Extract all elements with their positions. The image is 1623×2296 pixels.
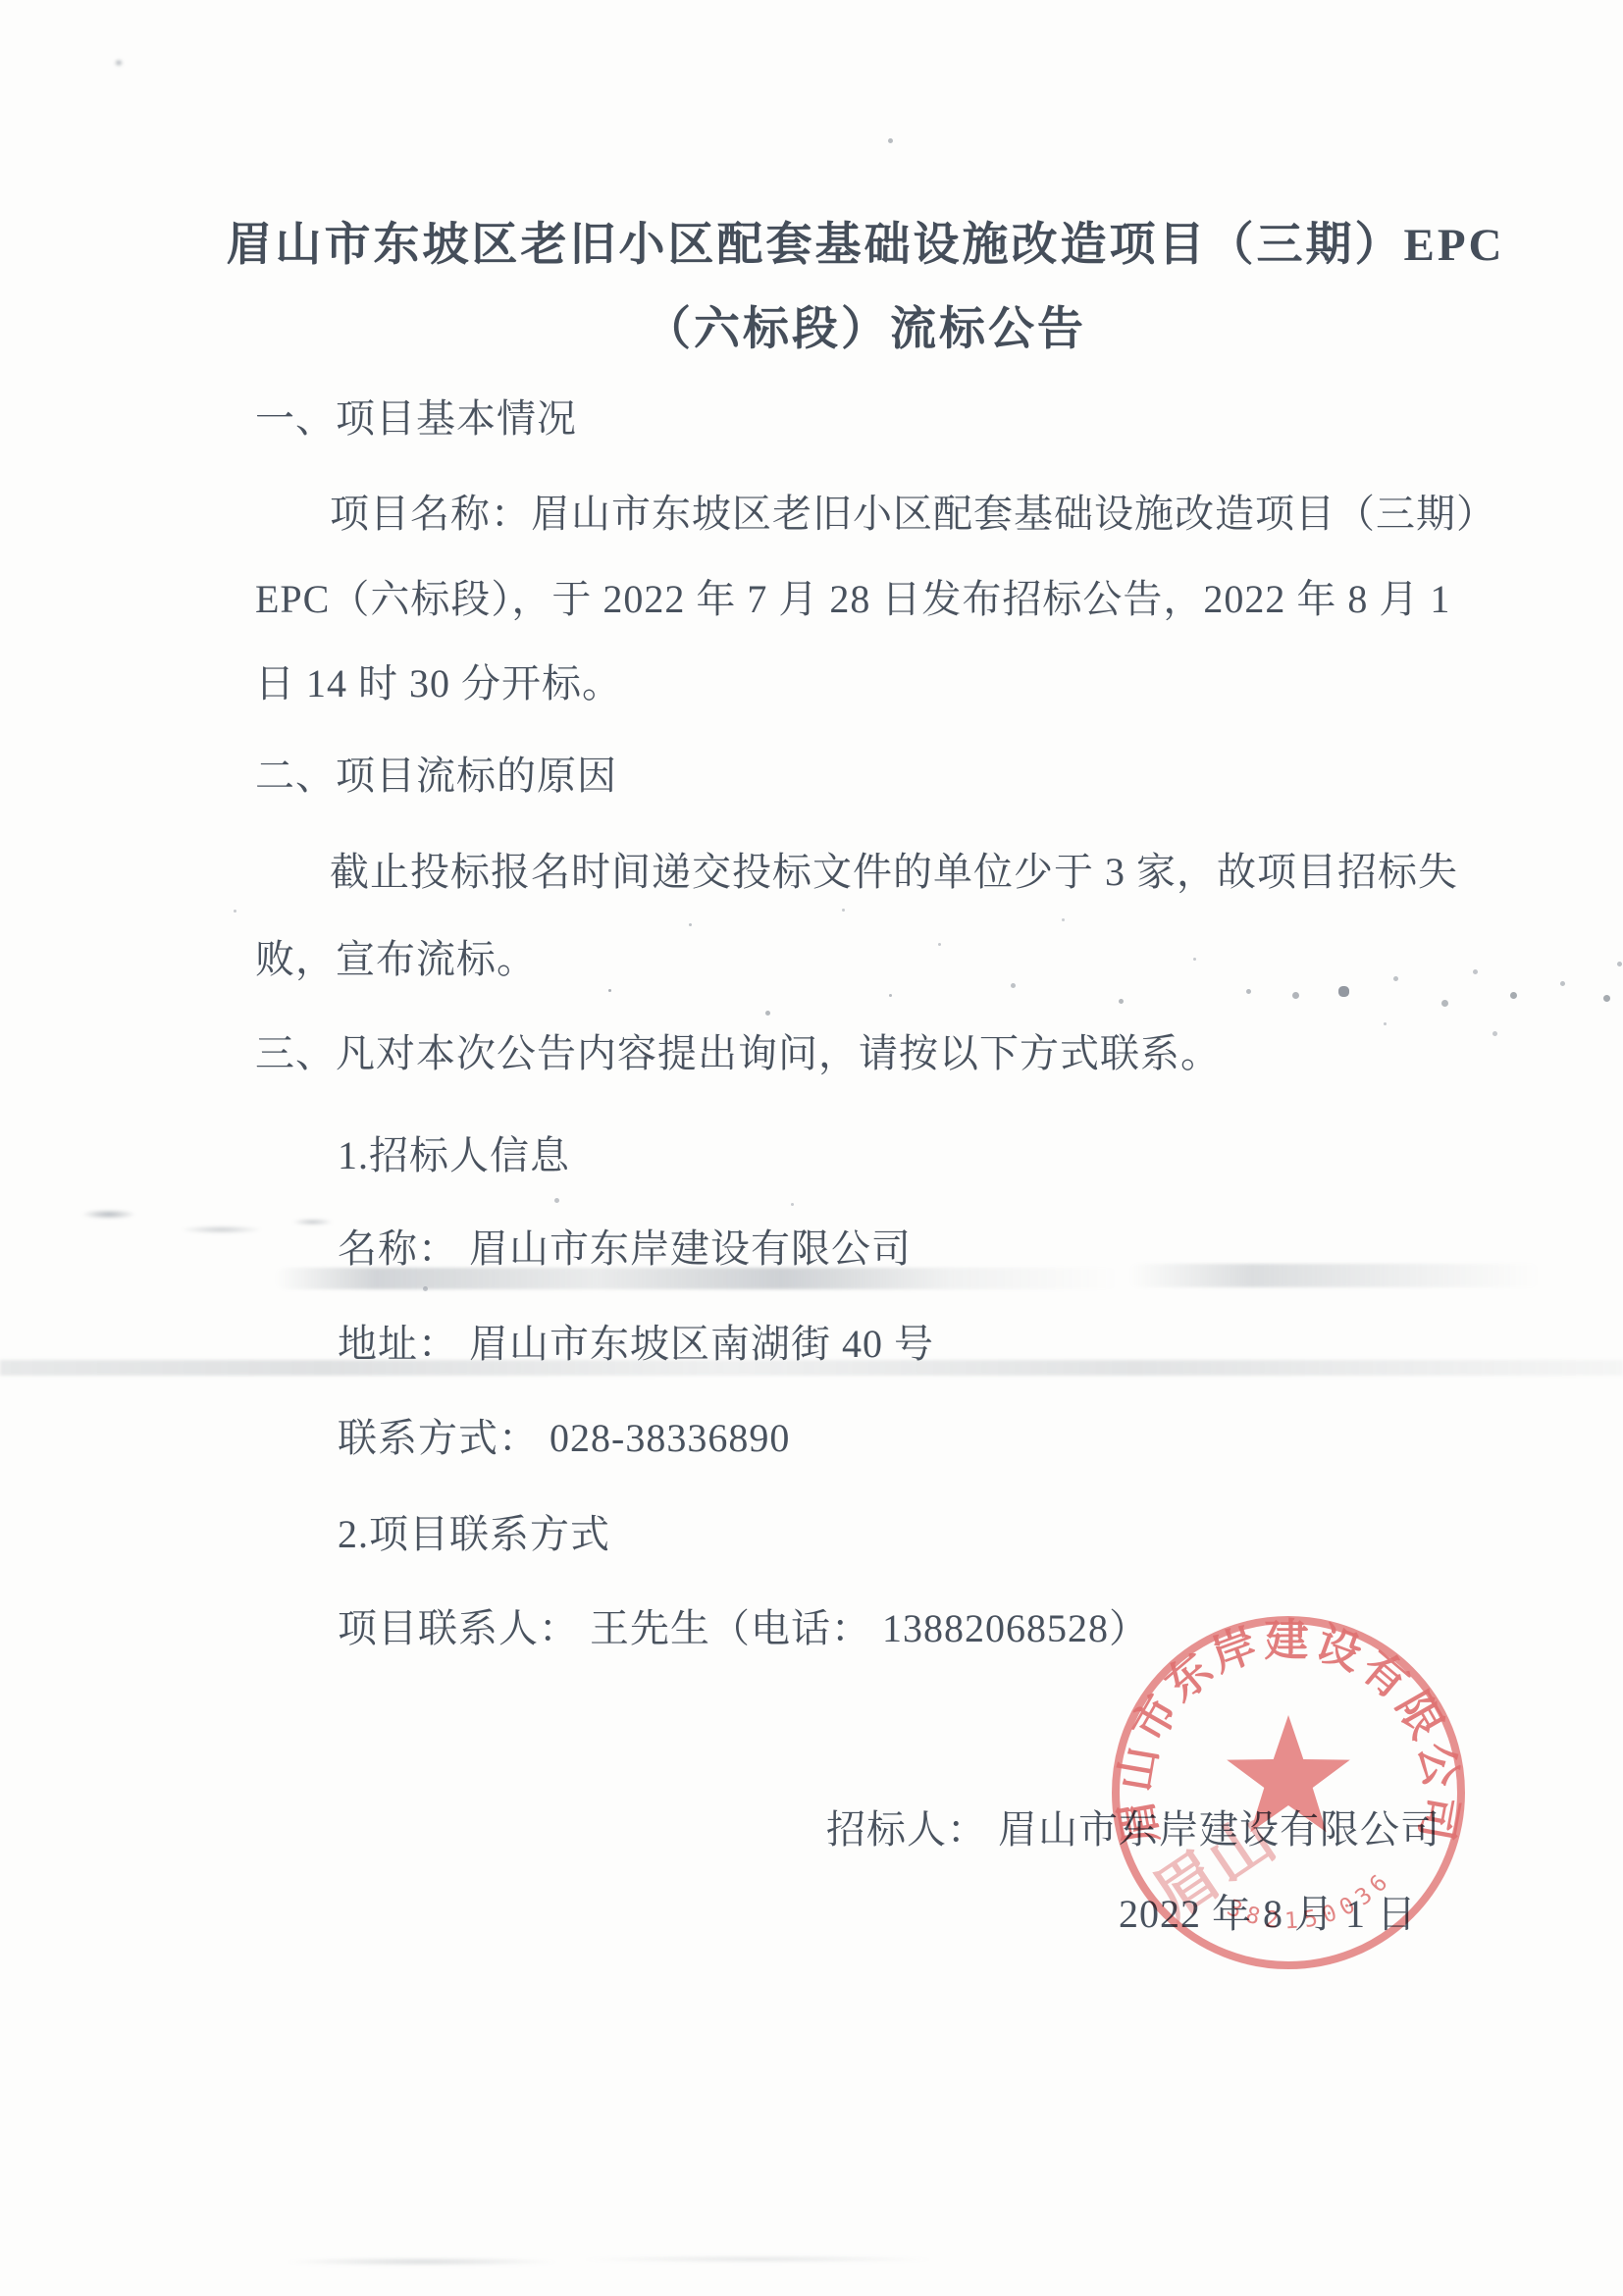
failure-reason-line-2: 败，宣布流标。 [255, 937, 537, 982]
scan-speck-top-left [110, 55, 128, 71]
svg-text:5138215003606: 5138215003606 [1105, 1609, 1397, 1934]
scan-smudge-right [1128, 1264, 1541, 1287]
section-2-heading: 二、项目流标的原因 [255, 754, 617, 799]
signature-tenderer-line: 招标人： 眉山市东岸建设有限公司 [826, 1807, 1440, 1852]
scan-smudge-bottom [236, 2249, 981, 2274]
stamp-serial-number: 5138215003606 [1105, 1609, 1397, 1934]
scan-speckles [0, 0, 3, 3]
item-2-heading: 2.项目联系方式 [338, 1512, 610, 1557]
failure-reason-line-1: 截止投标报名时间递交投标文件的单位少于 3 家，故项目招标失 [330, 850, 1458, 895]
doc-title-line1: 眉山市东坡区老旧小区配套基础设施改造项目（三期）EPC [54, 208, 1623, 274]
scan-smudge-left [54, 1199, 358, 1250]
project-name-line-2: EPC（六标段），于 2022 年 7 月 28 日发布招标公告，2022 年 … [255, 577, 1450, 622]
item-1-heading: 1.招标人信息 [338, 1133, 570, 1178]
tenderer-name-line: 名称： 眉山市东岸建设有限公司 [338, 1226, 912, 1272]
project-contact-line: 项目联系人： 王先生（电话： 13882068528） [338, 1606, 1149, 1651]
section-3-heading: 三、凡对本次公告内容提出询问，请按以下方式联系。 [255, 1031, 1221, 1076]
tenderer-address-line: 地址： 眉山市东坡区南湖街 40 号 [338, 1322, 934, 1367]
section-1-heading: 一、项目基本情况 [255, 396, 577, 442]
doc-title-line2: （六标段）流标公告 [54, 292, 1623, 358]
project-name-line: 项目名称：眉山市东坡区老旧小区配套基础设施改造项目（三期） [330, 492, 1496, 537]
project-name-line-3: 日 14 时 30 分开标。 [255, 661, 622, 706]
document-page: 眉山市东坡区老旧小区配套基础设施改造项目（三期）EPC （六标段）流标公告 一、… [0, 0, 1623, 2296]
signature-date-line: 2022 年 8 月 1 日 [1119, 1892, 1417, 1937]
tenderer-phone-line: 联系方式： 028-38336890 [338, 1416, 790, 1461]
